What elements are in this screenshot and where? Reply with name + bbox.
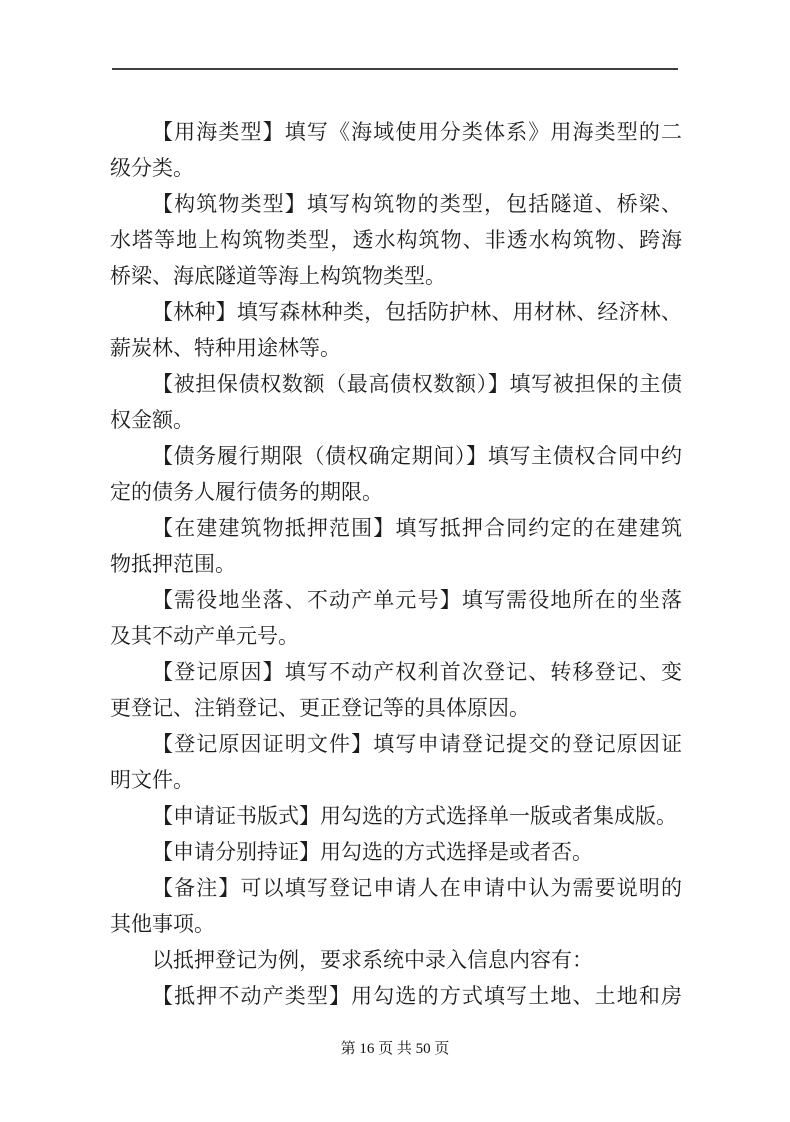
text-line: 【登记原因证明文件】填写申请登记提交的登记原因证 [110, 726, 682, 762]
text-line: 及其不动产单元号。 [110, 618, 682, 654]
text-line: 【林种】填写森林种类，包括防护林、用材林、经济林、 [110, 294, 682, 330]
text-line: 【备注】可以填写登记申请人在申请中认为需要说明的 [110, 870, 682, 906]
text-line: 【用海类型】填写《海域使用分类体系》用海类型的二 [110, 114, 682, 150]
page-number-footer: 第 16 页 共 50 页 [0, 1040, 790, 1058]
text-line: 【登记原因】填写不动产权利首次登记、转移登记、变 [110, 654, 682, 690]
text-line: 【在建建筑物抵押范围】填写抵押合同约定的在建建筑 [110, 510, 682, 546]
document-body: 【用海类型】填写《海域使用分类体系》用海类型的二 级分类。 【构筑物类型】填写构… [110, 114, 682, 1014]
text-line: 【需役地坐落、不动产单元号】填写需役地所在的坐落 [110, 582, 682, 618]
document-page: 【用海类型】填写《海域使用分类体系》用海类型的二 级分类。 【构筑物类型】填写构… [0, 0, 790, 1122]
header-rule [112, 68, 678, 70]
text-line: 【债务履行期限（债权确定期间）】填写主债权合同中约 [110, 438, 682, 474]
text-line: 定的债务人履行债务的期限。 [110, 474, 682, 510]
text-line: 明文件。 [110, 762, 682, 798]
text-line: 以抵押登记为例，要求系统中录入信息内容有： [110, 942, 682, 978]
text-line: 【申请证书版式】用勾选的方式选择单一版或者集成版。 [110, 798, 682, 834]
text-line: 权金额。 [110, 402, 682, 438]
text-line: 桥梁、海底隧道等海上构筑物类型。 [110, 258, 682, 294]
text-line: 其他事项。 [110, 906, 682, 942]
text-line: 【抵押不动产类型】用勾选的方式填写土地、土地和房 [110, 978, 682, 1014]
text-line: 【构筑物类型】填写构筑物的类型，包括隧道、桥梁、 [110, 186, 682, 222]
text-line: 水塔等地上构筑物类型，透水构筑物、非透水构筑物、跨海 [110, 222, 682, 258]
text-line: 薪炭林、特种用途林等。 [110, 330, 682, 366]
text-line: 级分类。 [110, 150, 682, 186]
text-line: 物抵押范围。 [110, 546, 682, 582]
text-line: 更登记、注销登记、更正登记等的具体原因。 [110, 690, 682, 726]
text-line: 【申请分别持证】用勾选的方式选择是或者否。 [110, 834, 682, 870]
text-line: 【被担保债权数额（最高债权数额）】填写被担保的主债 [110, 366, 682, 402]
